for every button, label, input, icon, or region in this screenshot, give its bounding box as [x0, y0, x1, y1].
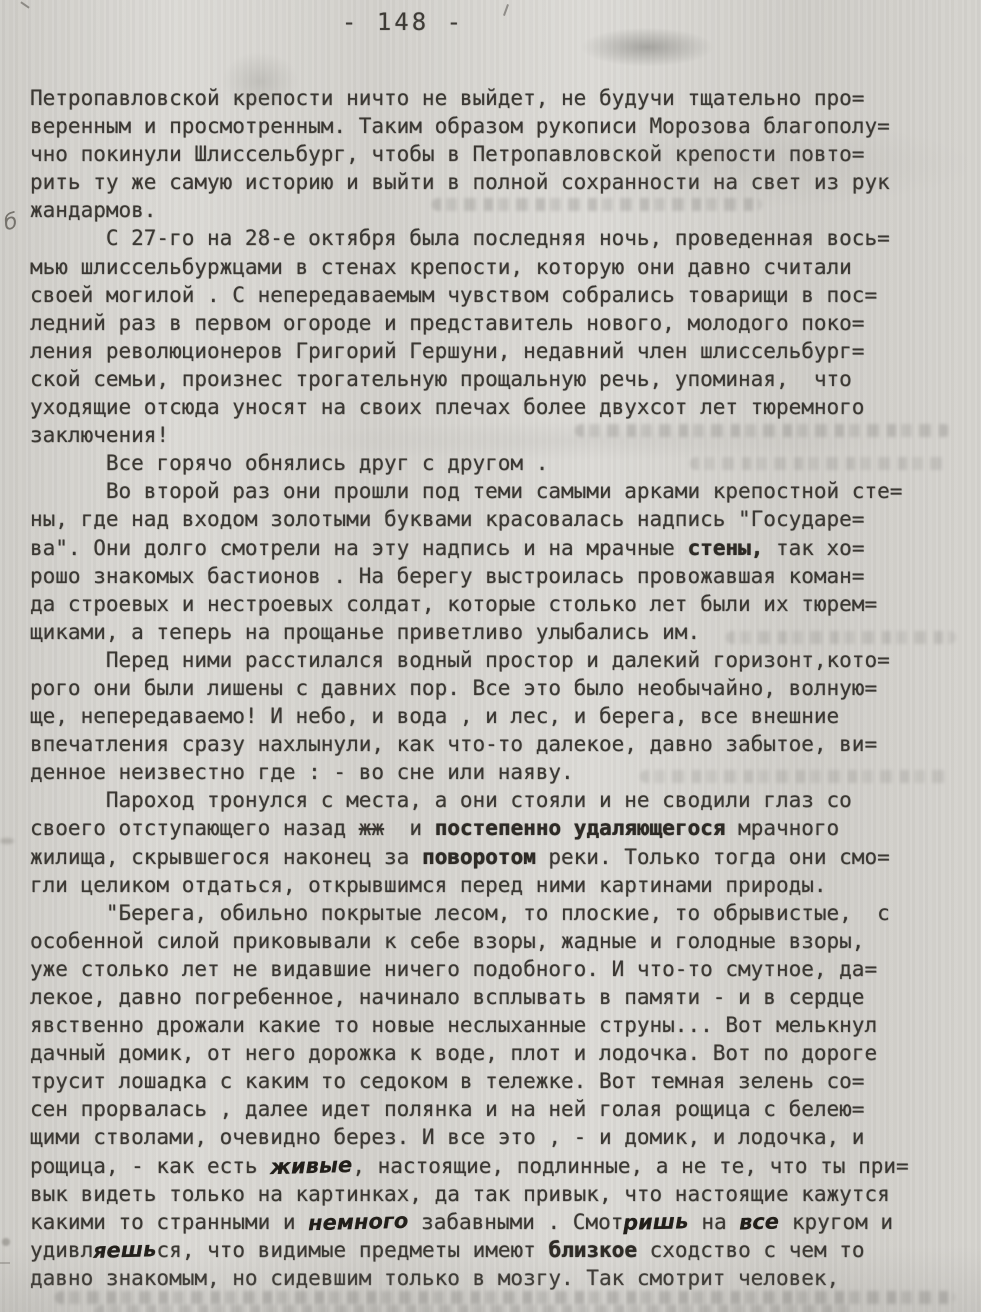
text-line: мью шлиссельбуржцами в стенах крепости, … — [30, 253, 961, 281]
typed-text: и — [384, 816, 435, 840]
document-page: - 148 - б Петропавловской крепости ничто… — [0, 0, 981, 1312]
paragraph: Перед ними расстилался водный простор и … — [30, 646, 961, 786]
text-line: какими то странными и немного забавными … — [30, 1208, 961, 1236]
scan-smudge — [2, 1238, 10, 1246]
text-line: впечатления сразу нахлынули, как что-то … — [30, 730, 961, 758]
text-line: Все горячо обнялись друг с другом . — [30, 449, 961, 477]
text-line: явственно дрожали какие то новые неслыха… — [30, 1011, 961, 1039]
handwritten-correction: живые — [270, 1150, 353, 1180]
text-line: денное неизвестно где : - во сне или ная… — [30, 758, 961, 786]
typed-text: так хо= — [763, 536, 864, 560]
paragraph: Пароход тронулся с места, а они стояли и… — [30, 786, 961, 898]
text-line: уходящие отсюда уносят на своих плечах б… — [30, 393, 961, 421]
text-line: гли целиком отдаться, открывшимся перед … — [30, 871, 961, 899]
text-line: особенной силой приковывали к себе взоры… — [30, 927, 961, 955]
document-text: Петропавловской крепости ничто не выйдет… — [30, 84, 961, 1292]
text-line: ва". Они долго смотрели на эту надпись и… — [30, 534, 961, 562]
bleed-through — [95, 1305, 855, 1312]
paragraph: Во второй раз они прошли под теми самыми… — [30, 477, 961, 646]
text-line: ны, где над входом золотыми буквами крас… — [30, 505, 961, 533]
handwritten-correction: яешь — [93, 1235, 157, 1265]
text-line: ления революционеров Григорий Гершуни, н… — [30, 337, 961, 365]
text-line: С 27-го на 28-е октября была последняя н… — [30, 224, 961, 252]
text-line: Пароход тронулся с места, а они стояли и… — [30, 786, 961, 814]
overtyped-text: стены, — [687, 536, 763, 560]
typed-text: ся, что видимые предметы имеют — [157, 1238, 549, 1262]
text-line: своего отступающего назад жж и постепенн… — [30, 814, 961, 842]
paragraph: С 27-го на 28-е октября была последняя н… — [30, 224, 961, 449]
typed-text: ва". Они долго смотрели на эту надпись и… — [30, 536, 687, 560]
text-line: вык видеть только на картинках, да так п… — [30, 1180, 961, 1208]
text-line: заключения! — [30, 421, 961, 449]
typed-text: кругом и — [779, 1210, 893, 1234]
typed-text: , настоящие, подлинные, а не те, что ты … — [352, 1154, 908, 1178]
paragraph: Петропавловской крепости ничто не выйдет… — [30, 84, 961, 224]
text-line: веренным и просмотренным. Таким образом … — [30, 112, 961, 140]
text-line: жандармов. — [30, 196, 961, 224]
text-line: "Берега, обильно покрытые лесом, то плос… — [30, 899, 961, 927]
text-line: трусит лошадка с каким то седоком в теле… — [30, 1067, 961, 1095]
typed-text: удивл — [30, 1238, 93, 1262]
text-line: уже столько лет не видавшие ничего подоб… — [30, 955, 961, 983]
struck-out-text: жж — [359, 816, 384, 840]
typed-text: мрачного — [725, 816, 839, 840]
page-number: - 148 - — [0, 8, 806, 36]
text-line: удивляешься, что видимые предметы имеют … — [30, 1236, 961, 1264]
text-line: ще, непередаваемо! И небо, и вода , и ле… — [30, 702, 961, 730]
text-line: Петропавловской крепости ничто не выйдет… — [30, 84, 961, 112]
text-line: рого они были лишены с давних пор. Все э… — [30, 674, 961, 702]
bleed-through — [55, 1291, 955, 1304]
margin-pen-mark: б — [2, 209, 20, 236]
typed-text: рощица, - как есть — [30, 1154, 270, 1178]
text-line: своей могилой . С непередаваемым чувство… — [30, 281, 961, 309]
text-line: чно покинули Шлиссельбург, чтобы в Петро… — [30, 140, 961, 168]
text-line: рошо знакомых бастионов . На берегу выст… — [30, 562, 961, 590]
typed-text: забавными . Смот — [408, 1210, 623, 1234]
text-line: щиками, а теперь на прощанье приветливо … — [30, 618, 961, 646]
overtyped-text: поворотом — [422, 845, 536, 869]
text-line: давно знакомым, но сидевшим только в моз… — [30, 1264, 961, 1292]
text-line: дачный домик, от него дорожка к воде, пл… — [30, 1039, 961, 1067]
text-line: ледний раз в первом огороде и представит… — [30, 309, 961, 337]
text-line: Во второй раз они прошли под теми самыми… — [30, 477, 961, 505]
typed-text: сходство с чем то — [637, 1238, 865, 1262]
text-line: щими стволами, очевидно берез. И все это… — [30, 1123, 961, 1151]
paragraph: Все горячо обнялись друг с другом . — [30, 449, 961, 477]
text-line: рощица, - как есть живые, настоящие, под… — [30, 1152, 961, 1180]
typed-text: реки. Только тогда они смо= — [536, 845, 890, 869]
handwritten-correction: немного — [308, 1206, 409, 1237]
text-line: рить ту же самую историю и выйти в полно… — [30, 168, 961, 196]
typed-text: на — [689, 1210, 740, 1234]
text-line: лекое, давно погребенное, начинало всплы… — [30, 983, 961, 1011]
text-line: сен прорвалась , далее идет полянка и на… — [30, 1095, 961, 1123]
paragraph: "Берега, обильно покрытые лесом, то плос… — [30, 899, 961, 1292]
scan-smudge — [0, 838, 14, 844]
text-line: ской семьи, произнес трогательную прощал… — [30, 365, 961, 393]
typed-text: жилища, скрывшегося наконец за — [30, 845, 422, 869]
text-line: жилища, скрывшегося наконец за поворотом… — [30, 843, 961, 871]
handwritten-correction: все — [739, 1207, 780, 1236]
overtyped-text: постепенно удаляющегося — [435, 816, 726, 840]
text-line: Перед ними расстилался водный простор и … — [30, 646, 961, 674]
typed-text: своего отступающего назад — [30, 816, 359, 840]
handwritten-correction: ришь — [623, 1207, 689, 1237]
text-line: да строевых и нестроевых солдат, которые… — [30, 590, 961, 618]
typed-text: какими то странными и — [30, 1210, 308, 1234]
overtyped-text: близкое — [548, 1238, 637, 1262]
scan-smudge — [0, 1262, 10, 1264]
